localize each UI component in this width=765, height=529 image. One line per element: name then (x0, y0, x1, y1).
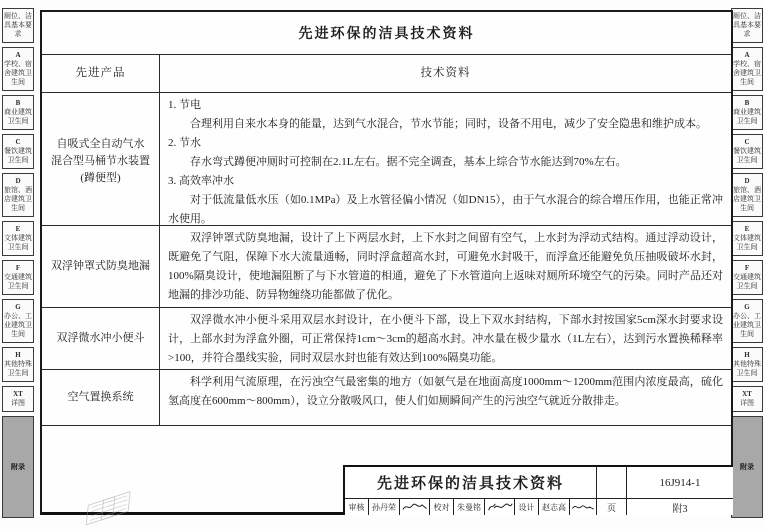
tab-label: 交通建筑卫生间 (733, 273, 761, 291)
tab-label: 其他特殊卫生间 (4, 360, 32, 378)
tech-item-text: 双浮钟罩式防臭地漏，设计了上下两层水封，上下水封之间留有空气，上水封为浮动式结构… (168, 229, 723, 305)
product-name-line: 混合型马桶节水装置 (51, 153, 150, 170)
checker-signature (485, 499, 515, 515)
tab-section-C: C餐饮建筑卫生间 (2, 134, 34, 169)
right-tab-column: 厕位、洁具基本要求A学校、宿舍建筑卫生间B商业建筑卫生间C餐饮建筑卫生间D旅馆、… (731, 8, 763, 518)
tab-label: 学校、宿舍建筑卫生间 (4, 60, 32, 87)
page-label: 页 (607, 501, 616, 514)
tab-label: 详图 (11, 399, 25, 408)
tab-label: 文体建筑卫生间 (733, 234, 761, 252)
tab-label: 厕位、洁具基本要求 (733, 12, 761, 39)
tab-label: 厕位、洁具基本要求 (4, 12, 32, 39)
tab-section-base: 厕位、洁具基本要求 (731, 8, 763, 43)
tab-label: 办公、工业建筑卫生间 (733, 312, 761, 339)
tab-code: D (15, 177, 20, 186)
table-row: 自吸式全自动气水混合型马桶节水装置(蹲便型) 1. 节电合理利用自来水本身的能量… (42, 93, 731, 226)
tab-code: A (15, 51, 20, 60)
tab-code: D (744, 177, 749, 186)
product-name-line: 双浮微水冲小便斗 (57, 330, 145, 347)
table-row: 双浮钟罩式防臭地漏 双浮钟罩式防臭地漏，设计了上下两层水封，上下水封之间留有空气… (42, 226, 731, 308)
designer-signature (570, 499, 596, 515)
tab-label: 详图 (740, 399, 754, 408)
product-name: 双浮微水冲小便斗 (42, 308, 160, 369)
tab-section-D: D旅馆、酒店建筑卫生间 (2, 173, 34, 217)
tab-section-F: F交通建筑卫生间 (2, 260, 34, 295)
tab-code: F (745, 264, 749, 273)
atlas-number-cell: 16J914-1 (627, 467, 733, 499)
product-name-line: 空气置换系统 (68, 389, 134, 406)
tech-item-heading: 2. 节水 (168, 134, 723, 153)
reviewer-signature (400, 499, 430, 515)
tab-label: 附录 (11, 463, 25, 472)
page-number-cell: 附3 (627, 499, 733, 515)
tech-description: 双浮微水冲小便斗采用双层水封设计，在小便斗下部，设上下双水封结构，下部水封按国家… (160, 308, 731, 369)
product-name-line: (蹲便型) (80, 170, 120, 187)
tab-section-F: F交通建筑卫生间 (731, 260, 763, 295)
tab-section-base: 厕位、洁具基本要求 (2, 8, 34, 43)
tab-section-H: H其他特殊卫生间 (731, 347, 763, 382)
reviewer-label: 审核 (345, 499, 369, 515)
tab-appendix: 附录 (2, 416, 34, 518)
tab-label: 文体建筑卫生间 (4, 234, 32, 252)
tab-code: E (745, 225, 750, 234)
column-header-product: 先进产品 (42, 55, 160, 92)
tab-section-G: G办公、工业建筑卫生间 (731, 299, 763, 343)
tab-section-B: B商业建筑卫生间 (731, 95, 763, 130)
tech-item-text: 合理利用自来水本身的能量，达到气水混合，节水节能；同时，设备不用电，减少了安全隐… (168, 115, 723, 134)
tab-section-A: A学校、宿舍建筑卫生间 (731, 47, 763, 91)
signature-row: 审核 孙丹荣 校对 朱曼铭 设计 赵志高 (345, 499, 597, 515)
tab-code: H (15, 351, 20, 360)
tab-section-XT: XT详图 (731, 386, 763, 412)
tech-item-heading: 3. 高效率冲水 (168, 172, 723, 191)
tab-label: 其他特殊卫生间 (733, 360, 761, 378)
title-block-title-cell: 先进环保的洁具技术资料 (345, 467, 597, 499)
tab-label: 商业建筑卫生间 (733, 108, 761, 126)
tech-item-heading: 1. 节电 (168, 96, 723, 115)
tab-section-B: B商业建筑卫生间 (2, 95, 34, 130)
tab-appendix: 附录 (731, 416, 763, 518)
tech-description: 双浮钟罩式防臭地漏，设计了上下两层水封，上下水封之间留有空气，上水封为浮动式结构… (160, 226, 731, 307)
tab-section-G: G办公、工业建筑卫生间 (2, 299, 34, 343)
signature-icon (486, 501, 514, 513)
column-header-tech: 技术资料 (160, 55, 731, 92)
tab-code: XT (13, 390, 23, 399)
tech-description: 1. 节电合理利用自来水本身的能量，达到气水混合，节水节能；同时，设备不用电，减… (160, 93, 731, 229)
tab-code: G (744, 303, 749, 312)
reviewer-name: 孙丹荣 (369, 499, 400, 515)
tab-code: E (16, 225, 21, 234)
signature-icon (401, 501, 429, 513)
atlas-number: 16J914-1 (660, 477, 701, 489)
tab-code: C (744, 138, 749, 147)
title-block-empty-cell (597, 467, 627, 499)
tab-section-H: H其他特殊卫生间 (2, 347, 34, 382)
tab-code: C (15, 138, 20, 147)
product-name-line: 自吸式全自动气水 (57, 136, 145, 153)
tab-section-C: C餐饮建筑卫生间 (731, 134, 763, 169)
tab-label: 办公、工业建筑卫生间 (4, 312, 32, 339)
designer-label: 设计 (515, 499, 539, 515)
tab-label: 旅馆、酒店建筑卫生间 (733, 186, 761, 213)
product-name: 空气置换系统 (42, 370, 160, 425)
tab-code: A (744, 51, 749, 60)
title-block: 先进环保的洁具技术资料 16J914-1 审核 孙丹荣 校对 朱曼铭 设计 赵志… (343, 465, 733, 515)
tech-item-text: 科学利用气流原理，在污浊空气最密集的地方（如氨气是在地面高度1000mm～120… (168, 373, 723, 411)
table-header-row: 先进产品 技术资料 (42, 55, 731, 93)
signature-icon (570, 501, 596, 513)
table-title-row: 先进环保的洁具技术资料 (42, 12, 731, 55)
atlas-page: { "sidebar": { "items": [ {"code": "", "… (0, 0, 765, 529)
tab-label: 商业建筑卫生间 (4, 108, 32, 126)
tech-item-text: 双浮微水冲小便斗采用双层水封设计，在小便斗下部，设上下双水封结构，下部水封按国家… (168, 311, 723, 368)
tech-description: 科学利用气流原理，在污浊空气最密集的地方（如氨气是在地面高度1000mm～120… (160, 370, 731, 425)
tab-label: 旅馆、酒店建筑卫生间 (4, 186, 32, 213)
tab-label: 附录 (740, 463, 754, 472)
tab-code: XT (742, 390, 752, 399)
product-name: 自吸式全自动气水混合型马桶节水装置(蹲便型) (42, 93, 160, 229)
designer-name: 赵志高 (539, 499, 570, 515)
tab-label: 餐饮建筑卫生间 (4, 147, 32, 165)
tab-code: B (16, 99, 21, 108)
product-name-line: 双浮钟罩式防臭地漏 (51, 258, 150, 275)
page-number: 附3 (673, 500, 688, 515)
tab-label: 交通建筑卫生间 (4, 273, 32, 291)
tab-code: B (745, 99, 750, 108)
table-row: 双浮微水冲小便斗 双浮微水冲小便斗采用双层水封设计，在小便斗下部，设上下双水封结… (42, 308, 731, 370)
tab-section-E: E文体建筑卫生间 (2, 221, 34, 256)
sheet-title: 先进环保的洁具技术资料 (377, 472, 564, 493)
page-title: 先进环保的洁具技术资料 (299, 23, 475, 43)
tech-item-text: 存水弯式蹲便冲厕时可控制在2.1L左右。据不完全调查，基本上综合节水能达到70%… (168, 153, 723, 172)
left-tab-column: 厕位、洁具基本要求A学校、宿舍建筑卫生间B商业建筑卫生间C餐饮建筑卫生间D旅馆、… (2, 8, 34, 518)
tab-section-D: D旅馆、酒店建筑卫生间 (731, 173, 763, 217)
checker-label: 校对 (430, 499, 454, 515)
tab-label: 学校、宿舍建筑卫生间 (733, 60, 761, 87)
tab-code: G (15, 303, 20, 312)
page-label-cell: 页 (597, 499, 627, 515)
tab-code: F (16, 264, 20, 273)
product-name: 双浮钟罩式防臭地漏 (42, 226, 160, 307)
tab-section-E: E文体建筑卫生间 (731, 221, 763, 256)
tab-label: 餐饮建筑卫生间 (733, 147, 761, 165)
tab-section-XT: XT详图 (2, 386, 34, 412)
publisher-watermark-icon (72, 486, 152, 528)
tab-code: H (744, 351, 749, 360)
drawing-frame: 先进环保的洁具技术资料 先进产品 技术资料 自吸式全自动气水混合型马桶节水装置(… (40, 10, 733, 515)
tech-item-text: 对于低流量低水压（如0.1MPa）及上水管径偏小情况（如DN15），由于气水混合… (168, 191, 723, 229)
table-row: 空气置换系统 科学利用气流原理，在污浊空气最密集的地方（如氨气是在地面高度100… (42, 370, 731, 426)
tab-section-A: A学校、宿舍建筑卫生间 (2, 47, 34, 91)
checker-name: 朱曼铭 (454, 499, 485, 515)
